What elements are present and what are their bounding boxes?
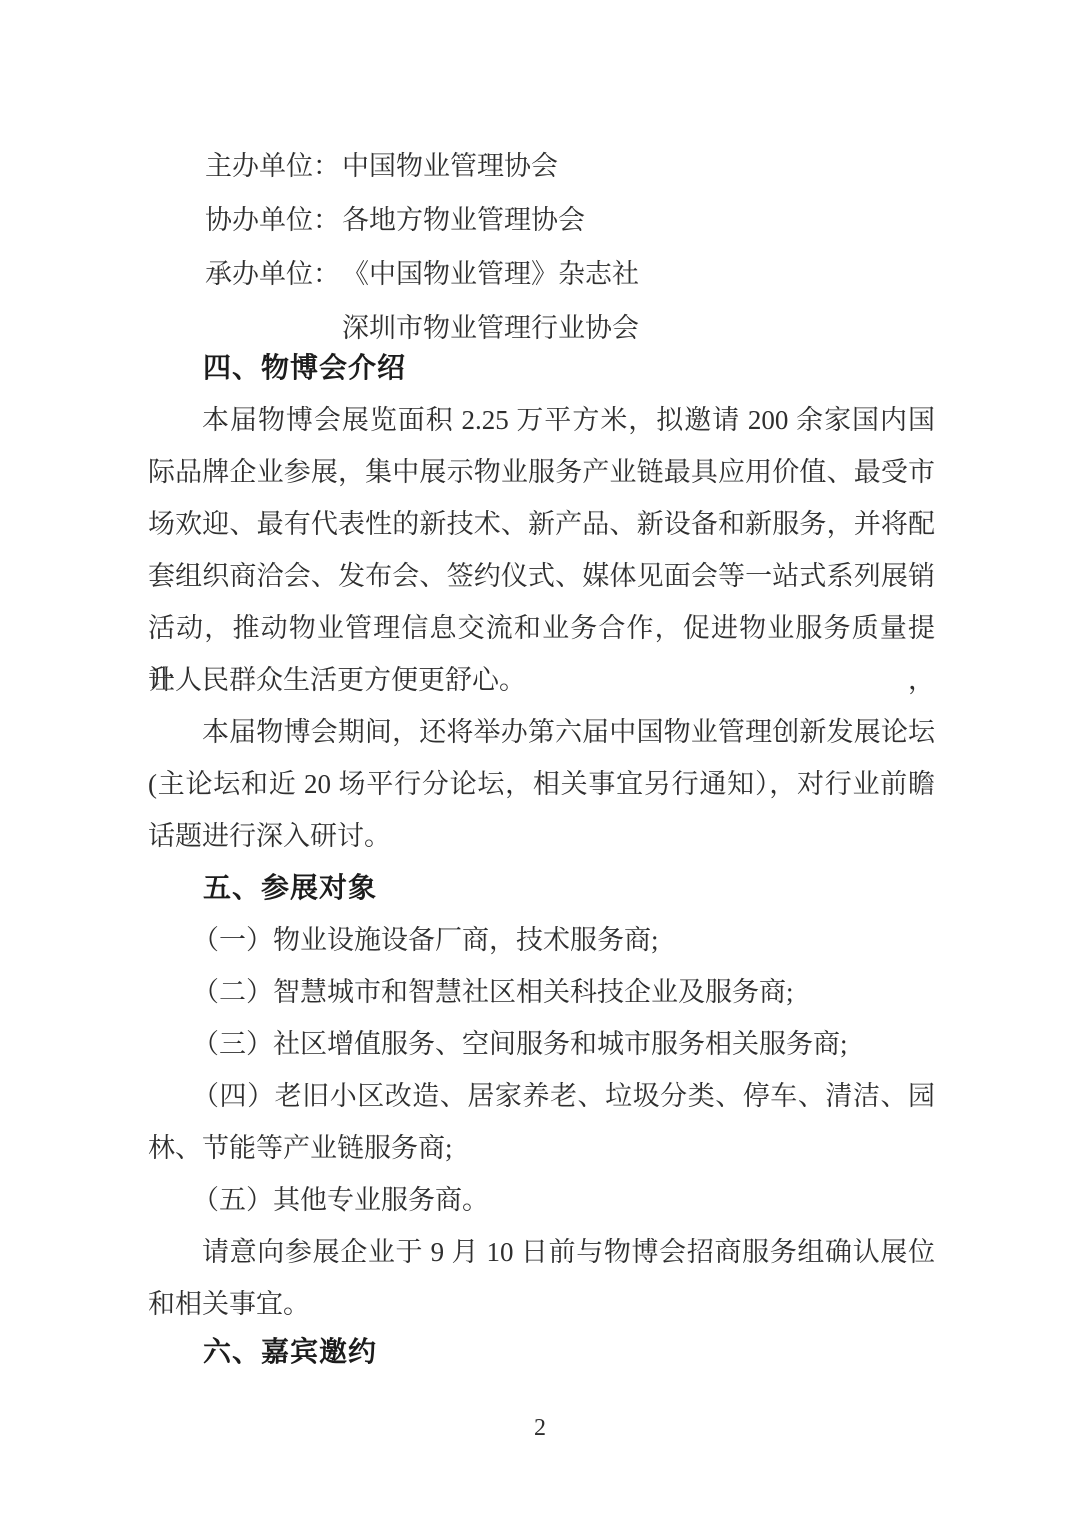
organizer-label: 承办单位： [205, 247, 342, 301]
section-exhibitors-heading: 五、参展对象 [148, 862, 935, 914]
document-content: 主办单位：中国物业管理协会 协办单位：各地方物业管理协会 承办单位：《中国物业管… [148, 139, 935, 1378]
list-item: （二）智慧城市和智慧社区相关科技企业及服务商; [148, 966, 935, 1018]
section-exhibitors: 五、参展对象 （一）物业设施设备厂商，技术服务商; （二）智慧城市和智慧社区相关… [148, 862, 935, 1330]
exhibitor-list: （一）物业设施设备厂商，技术服务商; （二）智慧城市和智慧社区相关科技企业及服务… [148, 914, 935, 1226]
section-intro: 四、物博会介绍 本届物博会展览面积 2.25 万平方米，拟邀请 200 余家国内… [148, 342, 935, 862]
section-guests-heading: 六、嘉宾邀约 [148, 1326, 935, 1378]
page-number: 2 [0, 1404, 1080, 1452]
list-item-continuation: 林、节能等产业链服务商; [148, 1122, 935, 1174]
list-item: （四）老旧小区改造、居家养老、垃圾分类、停车、清洁、园 [148, 1070, 935, 1122]
paragraph-line: (主论坛和近 20 场平行分论坛，相关事宜另行通知），对行业前瞻 [148, 758, 935, 810]
list-item: （一）物业设施设备厂商，技术服务商; [148, 914, 935, 966]
organizer-row-undertaker: 承办单位：《中国物业管理》杂志社 [148, 247, 935, 301]
paragraph-line: 活动，推动物业管理信息交流和业务合作，促进物业服务质量提升， [148, 602, 935, 654]
organizer-row-host: 主办单位：中国物业管理协会 [148, 139, 935, 193]
intro-paragraph-2: 本届物博会期间，还将举办第六届中国物业管理创新发展论坛 (主论坛和近 20 场平… [148, 706, 935, 862]
paragraph-line: 际品牌企业参展，集中展示物业服务产业链最具应用价值、最受市 [148, 446, 935, 498]
paragraph-line: 本届物博会期间，还将举办第六届中国物业管理创新发展论坛 [148, 706, 935, 758]
paragraph-line: 话题进行深入研讨。 [148, 810, 935, 862]
exhibitor-note: 请意向参展企业于 9 月 10 日前与物博会招商服务组确认展位 和相关事宜。 [148, 1226, 935, 1330]
section-guests: 六、嘉宾邀约 [148, 1326, 935, 1378]
organizer-value: 《中国物业管理》杂志社 [342, 259, 639, 289]
intro-paragraph-1: 本届物博会展览面积 2.25 万平方米，拟邀请 200 余家国内国 际品牌企业参… [148, 394, 935, 706]
organizer-value: 深圳市物业管理行业协会 [342, 313, 639, 343]
list-item: （三）社区增值服务、空间服务和城市服务相关服务商; [148, 1018, 935, 1070]
organizer-value: 各地方物业管理协会 [342, 205, 585, 235]
paragraph-line: 套组织商洽会、发布会、签约仪式、媒体见面会等一站式系列展销 [148, 550, 935, 602]
paragraph-line: 和相关事宜。 [148, 1278, 935, 1330]
organizer-row-co-host: 协办单位：各地方物业管理协会 [148, 193, 935, 247]
organizer-value: 中国物业管理协会 [342, 151, 558, 181]
organizer-label: 主办单位： [205, 139, 342, 193]
paragraph-line: 请意向参展企业于 9 月 10 日前与物博会招商服务组确认展位 [148, 1226, 935, 1278]
document-page: 主办单位：中国物业管理协会 协办单位：各地方物业管理协会 承办单位：《中国物业管… [0, 0, 1080, 1527]
organizer-block: 主办单位：中国物业管理协会 协办单位：各地方物业管理协会 承办单位：《中国物业管… [148, 139, 935, 355]
paragraph-line: 场欢迎、最有代表性的新技术、新产品、新设备和新服务，并将配 [148, 498, 935, 550]
organizer-label: 协办单位： [205, 193, 342, 247]
paragraph-line: 本届物博会展览面积 2.25 万平方米，拟邀请 200 余家国内国 [148, 394, 935, 446]
list-item: （五）其他专业服务商。 [148, 1174, 935, 1226]
